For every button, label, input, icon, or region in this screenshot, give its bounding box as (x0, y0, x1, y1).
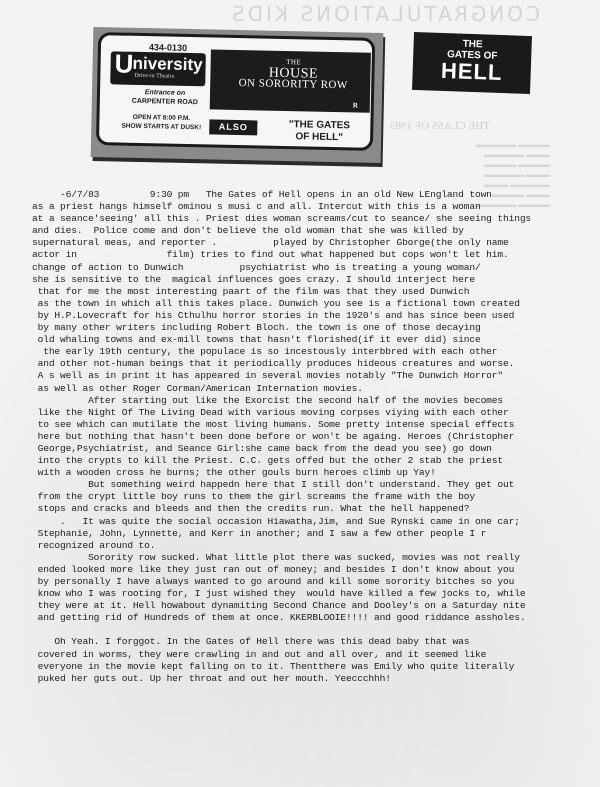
review-line: . It was quite the social occasion Hiawa… (32, 516, 600, 528)
review-line: recognized around to. (32, 540, 600, 552)
review-line: here but nothing that hasn't been done b… (32, 431, 600, 443)
review-line: like the Night Of The Living Dead with v… (32, 407, 600, 419)
review-line: by many other writers including Robert B… (32, 322, 600, 334)
review-line: old whaling towns and ex-mill towns that… (32, 334, 600, 346)
review-line: from the crypt little boy runs to them t… (32, 491, 600, 503)
gates-title-line3: HELL (412, 59, 531, 85)
review-line: know who I was rooting for, I just wishe… (32, 588, 600, 600)
ad-frame: 434-0130 U niversity Drive-in Theatre En… (96, 32, 375, 151)
review-line: Stephanie, John, Lynnette, and Kerr in a… (32, 528, 600, 540)
review-line: covered in worms, they were crawling in … (32, 649, 600, 661)
university-drive-in-ad: 434-0130 U niversity Drive-in Theatre En… (91, 27, 384, 163)
feature-title: THE HOUSE ON SORORITY ROW (238, 56, 349, 91)
review-line: Sorority row sucked. What little plot th… (32, 552, 600, 564)
review-line: A s well as in print it has appeared in … (32, 370, 600, 382)
review-line: by H.P.Lovecraft for his Cthulhu horror … (32, 310, 600, 322)
review-line: George,Psychiatrist, and Seance Girl:she… (32, 443, 600, 455)
ad-hours: OPEN AT 8:00 P.M. SHOW STARTS AT DUSK! (111, 112, 211, 132)
review-line: as well as other Roger Corman/American I… (32, 383, 600, 395)
ad-entrance-info: Entrance on CARPENTER ROAD (125, 88, 205, 108)
review-line: ended looked more like they just ran out… (32, 564, 600, 576)
scanned-page: CONGRATULATIONS KIDS THE CLASS OF 1983 ▬… (0, 0, 600, 787)
also-title-line2: OF HELL" (274, 131, 364, 145)
review-line: the early 19th century, the populace is … (32, 346, 600, 358)
rating-badge: R (353, 101, 358, 109)
review-line: Oh Yeah. I forggot. In the Gates of Hell… (32, 636, 600, 648)
bleed-through-subtitle: THE CLASS OF 1983 (390, 120, 490, 132)
also-title-line1: "THE GATES (274, 119, 364, 133)
review-line: with a wooden cross he burns; the other … (32, 467, 600, 479)
hours-show: SHOW STARTS AT DUSK! (111, 121, 211, 132)
review-line: as a priest hangs himself ominou s musi … (32, 201, 600, 213)
review-line: -6/7/83 9:30 pm The Gates of Hell opens … (32, 189, 600, 201)
review-line: everyone in the movie kept falling on to… (32, 661, 600, 673)
typewritten-review: -6/7/83 9:30 pm The Gates of Hell opens … (32, 189, 600, 685)
logo-initial: U (114, 48, 133, 79)
review-line: supernatural meas, and reporter . played… (32, 237, 600, 249)
review-line: actor in film) tries to find out what ha… (32, 249, 600, 261)
review-line: puked her guts out. Up her throat and ou… (32, 673, 600, 685)
review-line: to see which can mutilate the most livin… (32, 419, 600, 431)
also-label: ALSO (209, 119, 257, 135)
gates-of-hell-title: THE GATES OF HELL (412, 37, 531, 85)
bleed-through-title: CONGRATULATIONS KIDS (200, 2, 540, 26)
also-film-title: "THE GATES OF HELL" (274, 119, 364, 145)
review-line: and getting rid of Hundreds of them at o… (32, 612, 600, 624)
review-line: But something weird happedn here that I … (32, 479, 600, 491)
review-line: as the town in which all this takes plac… (32, 298, 600, 310)
gates-of-hell-ad: THE GATES OF HELL (412, 32, 532, 94)
review-line: she is sensitive to the magical influenc… (32, 274, 600, 286)
review-line: change of action to Dunwich psychiatrist… (32, 262, 600, 274)
review-line: and other not-human beings that it perio… (32, 358, 600, 370)
review-line: at a seance'seeing' all this . Priest di… (32, 213, 600, 225)
review-line (32, 624, 600, 636)
entrance-road: CARPENTER ROAD (125, 97, 205, 108)
feature-title-line2: ON SORORITY ROW (239, 77, 348, 91)
feature-film-box: THE HOUSE ON SORORITY ROW R (210, 49, 371, 112)
review-line: that for me the most interesting paart o… (32, 286, 600, 298)
review-line: by personally I have always wanted to go… (32, 576, 600, 588)
review-line: and dies. Police come and don't believe … (32, 225, 600, 237)
university-logo: U niversity Drive-in Theatre (110, 51, 206, 86)
logo-subtitle: Drive-in Theatre (134, 73, 174, 80)
review-line: into the crypts to kill the Priest. C.C.… (32, 455, 600, 467)
review-line: stops and cracks and bleeds and then the… (32, 503, 600, 515)
review-line: they were at it. Hell howabout dynamitin… (32, 600, 600, 612)
review-line: After starting out like the Exorcist the… (32, 395, 600, 407)
